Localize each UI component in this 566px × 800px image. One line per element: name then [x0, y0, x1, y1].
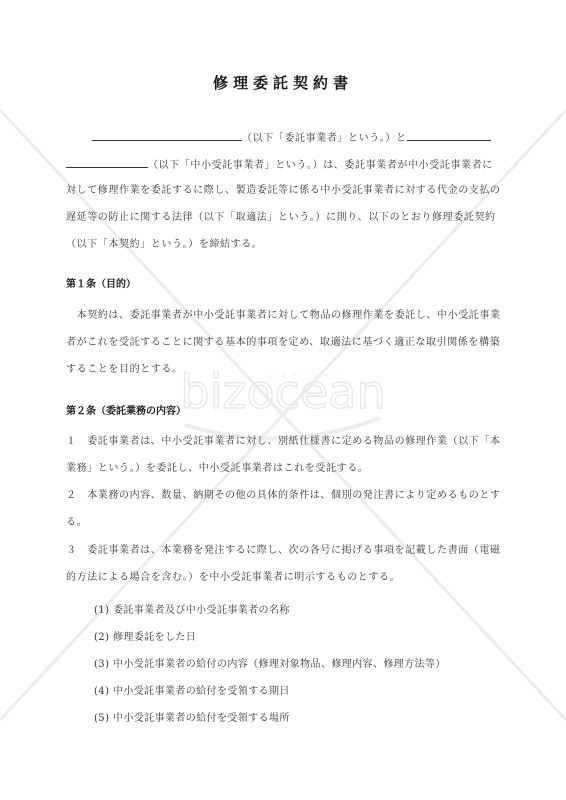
article-2-para-3-line: ３ 委託事業者は、本業務を発注するに際し、次の各号に掲げる事項を記載した書面（電…: [66, 544, 504, 558]
article-2-item: (3) 中小受託事業者の給付の内容（修理対象物品、修理内容、修理方法等）: [94, 655, 446, 670]
preamble-line-2-text: （以下「中小受託事業者」という。）は、委託事業者が中小受託事業者に: [148, 160, 493, 171]
party-a-blank-field[interactable]: [92, 130, 242, 141]
preamble-line-2: （以下「中小受託事業者」という。）は、委託事業者が中小受託事業者に: [66, 157, 504, 173]
preamble-line-5: （以下「本契約」という。）を締結する。: [66, 238, 504, 252]
article-1-line: 本契約は、委託事業者が中小受託事業者に対して物品の修理作業を委託し、中小受託事業: [66, 309, 504, 323]
article-2-para-2-line: ２ 本業務の内容、数量、納期その他の具体的条件は、個別の発注書により定めるものと…: [66, 489, 504, 503]
article-2-para-2-line: る。: [66, 516, 504, 530]
article-2-item: (2) 修理委託をした日: [94, 628, 196, 643]
preamble-line-1-text: （以下「委託事業者」という。）と: [242, 133, 407, 144]
article-1-heading: 第１条（目的）: [66, 275, 136, 290]
article-2-heading: 第２条（委託業務の内容）: [66, 402, 186, 417]
article-1-line: 者がこれを受託することに関する基本的事項を定め、取適法に基づく適正な取引関係を構…: [66, 336, 504, 350]
preamble-line-4: 遅延等の防止に関する法律（以下「取適法」という。）に則り、以下のとおり修理委託契…: [66, 211, 504, 225]
document-title: 修理委託契約書: [0, 72, 566, 93]
preamble-line-3: 対して修理作業を委託するに際し、製造委託等に係る中小受託事業者に対する代金の支払…: [66, 184, 504, 198]
document-page: 修理委託契約書 （以下「委託事業者」という。）と （以下「中小受託事業者」という…: [0, 0, 566, 800]
article-2-para-1-line: １ 委託事業者は、中小受託事業者に対し、別紙仕様書に定める物品の修理作業（以下「…: [66, 435, 504, 449]
article-1-line: することを目的とする。: [66, 363, 504, 377]
article-2-para-1-line: 業務」という。）を委託し、中小受託事業者はこれを受託する。: [66, 462, 504, 476]
party-b-blank-field[interactable]: [407, 130, 491, 141]
article-2-item: (1) 委託事業者及び中小受託事業者の名称: [94, 601, 290, 616]
article-2-para-3-line: 的方法による場合を含む。）を中小受託事業者に明示するものとする。: [66, 571, 504, 585]
article-2-item: (4) 中小受託事業者の給付を受領する期日: [94, 682, 290, 697]
preamble-line-1: （以下「委託事業者」という。）と: [92, 130, 504, 146]
article-2-item: (5) 中小受託事業者の給付を受領する場所: [94, 709, 290, 724]
party-b-blank-field-cont[interactable]: [66, 157, 148, 168]
